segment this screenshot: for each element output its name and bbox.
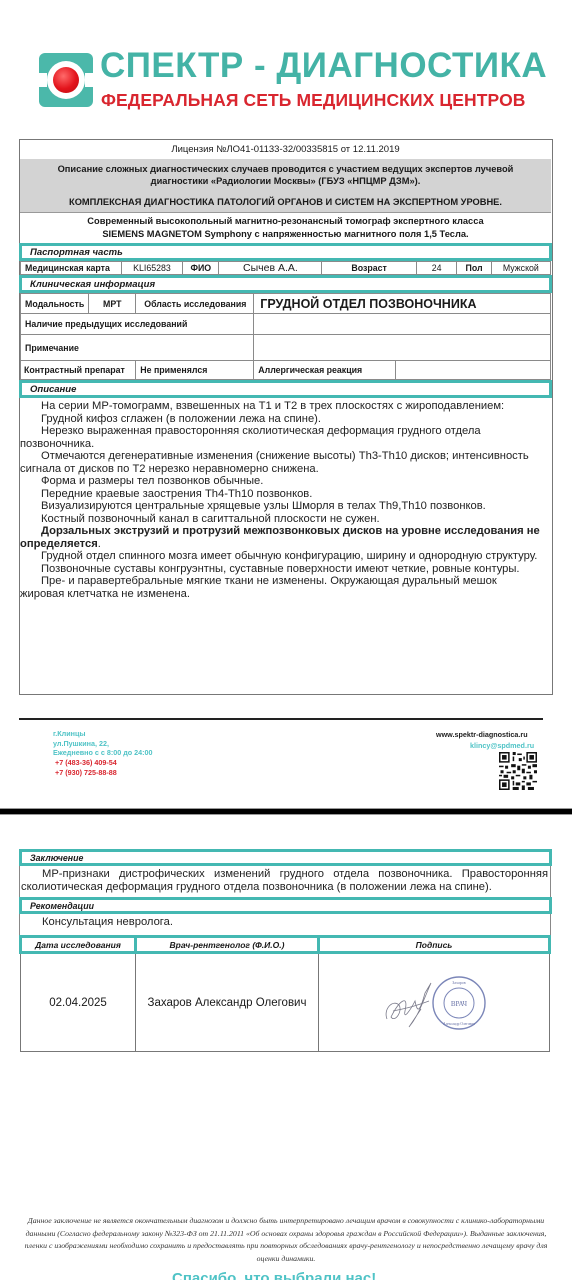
description-paragraph-bold: Дорзальных экструзий и протрузий межпозв…	[20, 525, 540, 550]
equipment-line-1: Современный высокопольный магнитно-резон…	[20, 215, 551, 228]
address-city: г.Клинцы	[53, 729, 153, 739]
description-paragraph: Костный позвоночный канал в сагиттальной…	[20, 513, 540, 526]
website-link[interactable]: www.spektr-diagnostica.ru	[436, 730, 528, 739]
email-link[interactable]: klincy@spdmed.ru	[470, 741, 534, 750]
brand-subtitle: ФЕДЕРАЛЬНАЯ СЕТЬ МЕДИЦИНСКИХ ЦЕНТРОВ	[101, 90, 526, 111]
brand-title: СПЕКТР - ДИАГНОСТИКА	[100, 46, 547, 86]
contrast-value: Не применялся	[136, 361, 254, 380]
legal-disclaimer: Данное заключение не является окончатель…	[20, 1215, 552, 1265]
experts-line-1: Описание сложных диагностических случаев…	[20, 163, 551, 175]
equipment-line-2: SIEMENS MAGNETOM Symphony с напряженност…	[20, 228, 551, 241]
recommendations-text: Консультация невролога.	[21, 916, 548, 929]
study-date: 02.04.2025	[21, 953, 136, 1052]
license-line: Лицензия №ЛО41-01133-32/00335815 от 12.1…	[20, 140, 551, 159]
description-paragraph: Позвоночные суставы конгруэнтны, суставн…	[20, 563, 540, 576]
age-value: 24	[416, 262, 457, 275]
previous-label: Наличие предыдущих исследований	[21, 314, 254, 335]
description-text: На серии МР-томограмм, взвешенных на Т1 …	[20, 400, 540, 600]
complex-diagnostics: КОМПЛЕКСНАЯ ДИАГНОСТИКА ПАТОЛОГИЙ ОРГАНО…	[20, 196, 551, 208]
equipment-block: Современный высокопольный магнитно-резон…	[20, 212, 551, 245]
signature-cell: ВРАЧ Захаров Александр Олегович	[319, 953, 550, 1052]
experts-line-2: диагностики «Радиологии Москвы» (ГБУЗ «Н…	[20, 175, 551, 187]
section-passport: Паспортная часть	[19, 243, 552, 261]
clinical-table: Модальность МРТ Область исследования ГРУ…	[20, 293, 551, 380]
date-header: Дата исследования	[21, 937, 136, 953]
qr-code-icon	[499, 752, 537, 790]
phone-2: +7 (930) 725-88-88	[53, 768, 153, 778]
sex-label: Пол	[457, 262, 491, 275]
brand-logo-icon	[39, 53, 93, 107]
experts-block: Описание сложных диагностических случаев…	[20, 159, 551, 212]
svg-text:ВРАЧ: ВРАЧ	[451, 1000, 468, 1008]
phone-1: +7 (483-36) 409-54	[53, 758, 153, 768]
name-label: ФИО	[183, 262, 219, 275]
thanks-message: Спасибо, что выбрали нас!	[172, 1270, 376, 1280]
area-value: ГРУДНОЙ ОТДЕЛ ПОЗВОНОЧНИКА	[254, 294, 551, 314]
section-passport-title: Паспортная часть	[30, 247, 123, 258]
description-paragraph: Отмечаются дегенеративные изменения (сни…	[20, 450, 540, 475]
footer-divider	[19, 718, 543, 720]
opening-hours: Ежедневно с с 8:00 до 24:00	[53, 748, 153, 758]
description-paragraph: Передние краевые заострения Th4-Th10 поз…	[20, 488, 540, 501]
previous-value	[254, 314, 551, 335]
description-paragraph: На серии МР-томограмм, взвешенных на Т1 …	[20, 400, 540, 413]
section-recommendations: Рекомендации	[19, 897, 552, 914]
section-conclusion: Заключение	[19, 849, 552, 866]
svg-text:Александр Олегович: Александр Олегович	[443, 1022, 475, 1026]
name-value: Сычев А.А.	[219, 262, 322, 275]
card-value: KLI65283	[121, 262, 182, 275]
section-conclusion-title: Заключение	[30, 853, 83, 863]
clinic-address: г.Клинцы ул.Пушкина, 22, Ежедневно с с 8…	[53, 729, 153, 778]
note-label: Примечание	[21, 335, 254, 361]
allergy-label: Аллергическая реакция	[254, 361, 396, 380]
description-paragraph: Нерезко выраженная правосторонняя сколио…	[20, 425, 540, 450]
contrast-label: Контрастный препарат	[21, 361, 136, 380]
section-clinical-title: Клиническая информация	[30, 279, 155, 290]
description-paragraph: Грудной кифоз сглажен (в положении лежа …	[20, 413, 540, 426]
section-clinical: Клиническая информация	[19, 275, 552, 293]
description-paragraph: Визуализируются центральные хрящевые узл…	[20, 500, 540, 513]
age-label: Возраст	[322, 262, 417, 275]
description-paragraph: Форма и размеры тел позвонков обычные.	[20, 475, 540, 488]
note-value	[254, 335, 551, 361]
doctor-header: Врач-рентгенолог (Ф.И.О.)	[136, 937, 319, 953]
signature-stamp-icon: ВРАЧ Захаров Александр Олегович	[379, 971, 489, 1035]
section-description-title: Описание	[30, 384, 76, 395]
modality-label: Модальность	[21, 294, 89, 314]
section-description: Описание	[19, 380, 552, 398]
svg-text:Захаров: Захаров	[452, 980, 466, 985]
signature-table: Дата исследования Врач-рентгенолог (Ф.И.…	[19, 935, 551, 1052]
sex-value: Мужской	[491, 262, 550, 275]
description-paragraph: Пре- и паравертебральные мягкие ткани не…	[20, 575, 540, 600]
page-break-divider	[0, 808, 572, 815]
doctor-name: Захаров Александр Олегович	[136, 953, 319, 1052]
description-paragraph: Грудной отдел спинного мозга имеет обычн…	[20, 550, 540, 563]
passport-table: Медицинская карта KLI65283 ФИО Сычев А.А…	[20, 261, 551, 275]
allergy-value	[396, 361, 551, 380]
section-recommendations-title: Рекомендации	[30, 901, 94, 911]
card-label: Медицинская карта	[21, 262, 122, 275]
signature-header: Подпись	[319, 937, 550, 953]
area-label: Область исследования	[136, 294, 254, 314]
address-street: ул.Пушкина, 22,	[53, 739, 153, 749]
conclusion-text: МР-признаки дистрофических изменений гру…	[21, 868, 548, 894]
modality-value: МРТ	[89, 294, 136, 314]
